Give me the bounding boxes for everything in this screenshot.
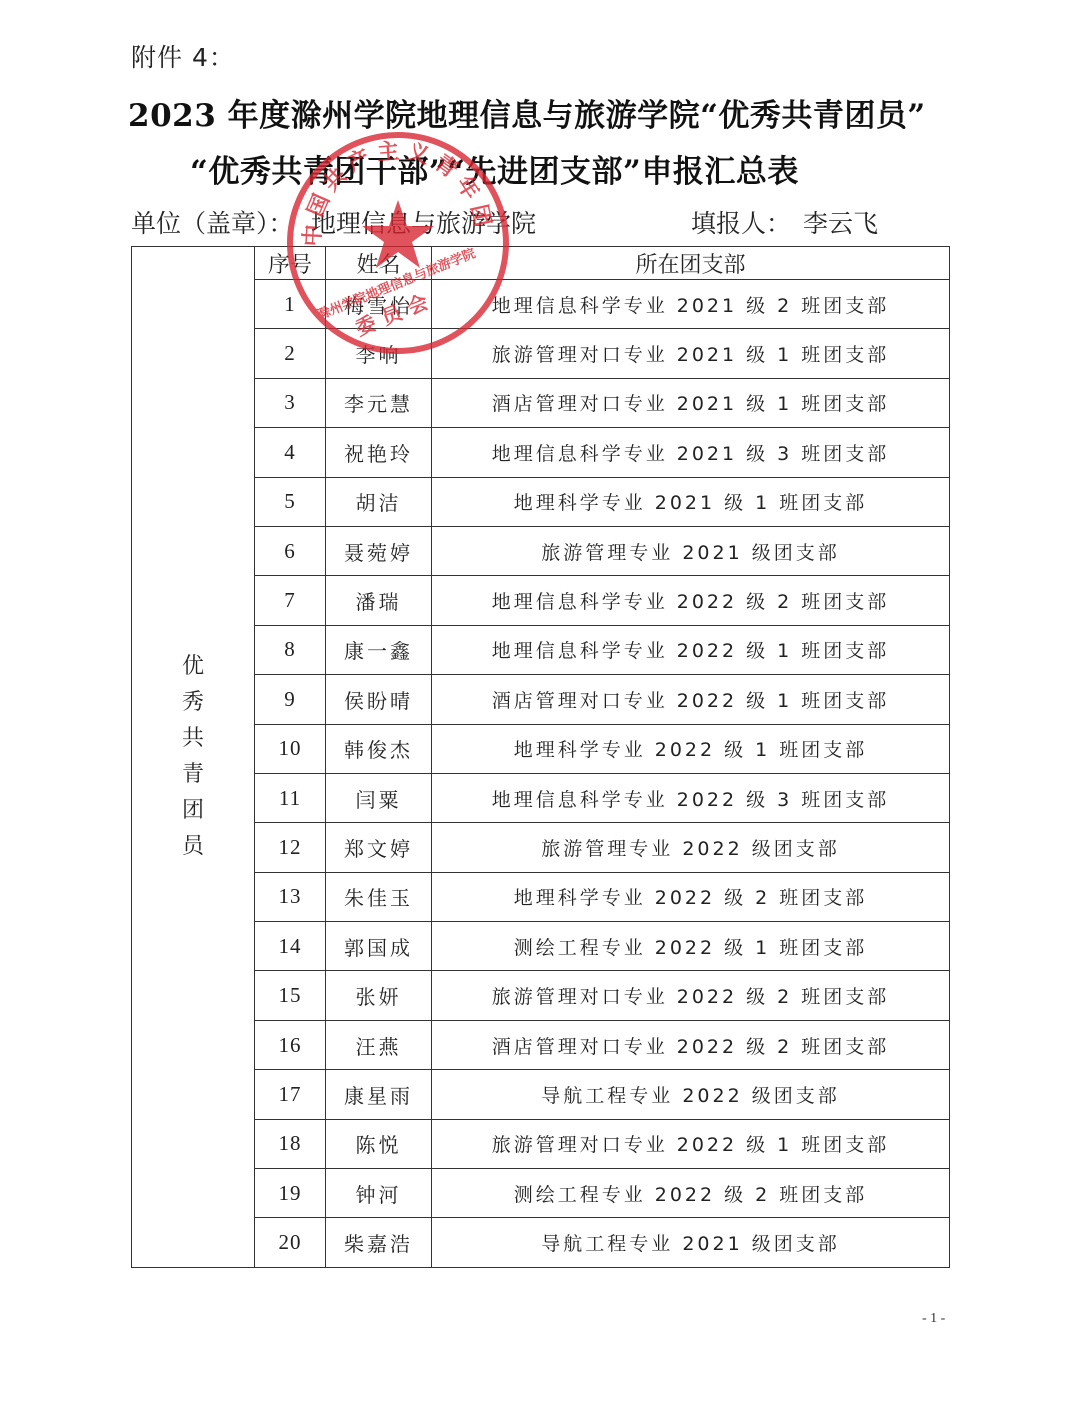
header-index: 序号: [255, 247, 326, 280]
row-index: 3: [255, 378, 326, 427]
row-index: 16: [255, 1020, 326, 1069]
row-name: 张妍: [326, 971, 432, 1020]
row-branch: 旅游管理对口专业 2022 级 2 班团支部: [432, 971, 950, 1020]
row-index: 1: [255, 280, 326, 329]
row-index: 4: [255, 428, 326, 477]
category-cell: 优 秀 共 青 团 员: [132, 247, 255, 1268]
table-row: 5胡洁地理科学专业 2021 级 1 班团支部: [132, 477, 950, 526]
row-name: 李响: [326, 329, 432, 378]
row-branch: 酒店管理对口专业 2022 级 2 班团支部: [432, 1020, 950, 1069]
unit-info-line: 单位（盖章）： 地理信息与旅游学院 填报人： 李云飞: [131, 204, 951, 240]
row-branch: 地理信息科学专业 2022 级 1 班团支部: [432, 625, 950, 674]
filler-label: 填报人：: [691, 204, 791, 240]
row-name: 钟河: [326, 1169, 432, 1218]
row-index: 18: [255, 1119, 326, 1168]
table-row: 9侯盼晴酒店管理对口专业 2022 级 1 班团支部: [132, 675, 950, 724]
row-branch: 地理信息科学专业 2021 级 3 班团支部: [432, 428, 950, 477]
row-name: 胡洁: [326, 477, 432, 526]
row-index: 20: [255, 1218, 326, 1267]
unit-label: 单位（盖章）：: [131, 204, 294, 240]
row-name: 柴嘉浩: [326, 1218, 432, 1267]
row-branch: 地理信息科学专业 2022 级 2 班团支部: [432, 576, 950, 625]
row-name: 侯盼晴: [326, 675, 432, 724]
table-row: 12郑文婷旅游管理专业 2022 级团支部: [132, 823, 950, 872]
filler-value: 李云飞: [803, 204, 878, 240]
table-row: 10韩俊杰地理科学专业 2022 级 1 班团支部: [132, 724, 950, 773]
header-name: 姓名: [326, 247, 432, 280]
category-char: 共: [132, 721, 254, 757]
row-name: 康一鑫: [326, 625, 432, 674]
table-row: 19钟河测绘工程专业 2022 级 2 班团支部: [132, 1169, 950, 1218]
unit-value: 地理信息与旅游学院: [311, 204, 536, 240]
table-row: 20柴嘉浩导航工程专业 2021 级团支部: [132, 1218, 950, 1267]
row-branch: 测绘工程专业 2022 级 1 班团支部: [432, 922, 950, 971]
table-row: 17康星雨导航工程专业 2022 级团支部: [132, 1070, 950, 1119]
row-name: 梅雪怡: [326, 280, 432, 329]
row-name: 郭国成: [326, 922, 432, 971]
row-branch: 导航工程专业 2021 级团支部: [432, 1218, 950, 1267]
row-branch: 地理科学专业 2021 级 1 班团支部: [432, 477, 950, 526]
row-branch: 酒店管理对口专业 2021 级 1 班团支部: [432, 378, 950, 427]
row-index: 9: [255, 675, 326, 724]
table-row: 13朱佳玉地理科学专业 2022 级 2 班团支部: [132, 872, 950, 921]
table-row: 14郭国成测绘工程专业 2022 级 1 班团支部: [132, 922, 950, 971]
row-index: 17: [255, 1070, 326, 1119]
row-branch: 旅游管理专业 2021 级团支部: [432, 526, 950, 575]
row-branch: 地理信息科学专业 2021 级 2 班团支部: [432, 280, 950, 329]
row-index: 19: [255, 1169, 326, 1218]
row-name: 康星雨: [326, 1070, 432, 1119]
table-row: 15张妍旅游管理对口专业 2022 级 2 班团支部: [132, 971, 950, 1020]
row-branch: 酒店管理对口专业 2022 级 1 班团支部: [432, 675, 950, 724]
row-index: 7: [255, 576, 326, 625]
table-row: 2李响旅游管理对口专业 2021 级 1 班团支部: [132, 329, 950, 378]
row-name: 祝艳玲: [326, 428, 432, 477]
category-char: 员: [132, 829, 254, 865]
table-header-row: 优 秀 共 青 团 员 序号 姓名 所在团支部: [132, 247, 950, 280]
row-name: 朱佳玉: [326, 872, 432, 921]
document-title-line2: “优秀共青团干部”“先进团支部”申报汇总表: [190, 146, 910, 191]
row-name: 韩俊杰: [326, 724, 432, 773]
table-row: 18陈悦旅游管理对口专业 2022 级 1 班团支部: [132, 1119, 950, 1168]
table-row: 6聂菀婷旅游管理专业 2021 级团支部: [132, 526, 950, 575]
row-name: 汪燕: [326, 1020, 432, 1069]
row-name: 聂菀婷: [326, 526, 432, 575]
category-char: 优: [132, 649, 254, 685]
row-branch: 旅游管理对口专业 2022 级 1 班团支部: [432, 1119, 950, 1168]
table-row: 7潘瑞地理信息科学专业 2022 级 2 班团支部: [132, 576, 950, 625]
row-name: 郑文婷: [326, 823, 432, 872]
row-branch: 旅游管理对口专业 2021 级 1 班团支部: [432, 329, 950, 378]
row-index: 5: [255, 477, 326, 526]
category-char: 秀: [132, 685, 254, 721]
row-branch: 地理信息科学专业 2022 级 3 班团支部: [432, 773, 950, 822]
row-index: 15: [255, 971, 326, 1020]
row-branch: 旅游管理专业 2022 级团支部: [432, 823, 950, 872]
row-index: 12: [255, 823, 326, 872]
row-index: 11: [255, 773, 326, 822]
table-row: 4祝艳玲地理信息科学专业 2021 级 3 班团支部: [132, 428, 950, 477]
row-name: 陈悦: [326, 1119, 432, 1168]
row-branch: 测绘工程专业 2022 级 2 班团支部: [432, 1169, 950, 1218]
header-branch: 所在团支部: [432, 247, 950, 280]
page-number: - 1 -: [922, 1311, 945, 1327]
row-name: 李元慧: [326, 378, 432, 427]
row-branch: 地理科学专业 2022 级 1 班团支部: [432, 724, 950, 773]
row-branch: 导航工程专业 2022 级团支部: [432, 1070, 950, 1119]
table-row: 8康一鑫地理信息科学专业 2022 级 1 班团支部: [132, 625, 950, 674]
row-index: 14: [255, 922, 326, 971]
row-index: 8: [255, 625, 326, 674]
row-name: 闫粟: [326, 773, 432, 822]
row-index: 2: [255, 329, 326, 378]
row-index: 13: [255, 872, 326, 921]
document-title-line1: 2023 年度滁州学院地理信息与旅游学院“优秀共青团员”: [128, 90, 958, 135]
table-row: 1梅雪怡地理信息科学专业 2021 级 2 班团支部: [132, 280, 950, 329]
row-index: 10: [255, 724, 326, 773]
category-char: 团: [132, 793, 254, 829]
table-row: 16汪燕酒店管理对口专业 2022 级 2 班团支部: [132, 1020, 950, 1069]
category-char: 青: [132, 757, 254, 793]
table-row: 11闫粟地理信息科学专业 2022 级 3 班团支部: [132, 773, 950, 822]
table-row: 3李元慧酒店管理对口专业 2021 级 1 班团支部: [132, 378, 950, 427]
row-branch: 地理科学专业 2022 级 2 班团支部: [432, 872, 950, 921]
summary-table: 优 秀 共 青 团 员 序号 姓名 所在团支部 1梅雪怡地理信息科学专业 202…: [131, 246, 950, 1268]
attachment-label: 附件 4：: [131, 38, 235, 74]
row-index: 6: [255, 526, 326, 575]
row-name: 潘瑞: [326, 576, 432, 625]
